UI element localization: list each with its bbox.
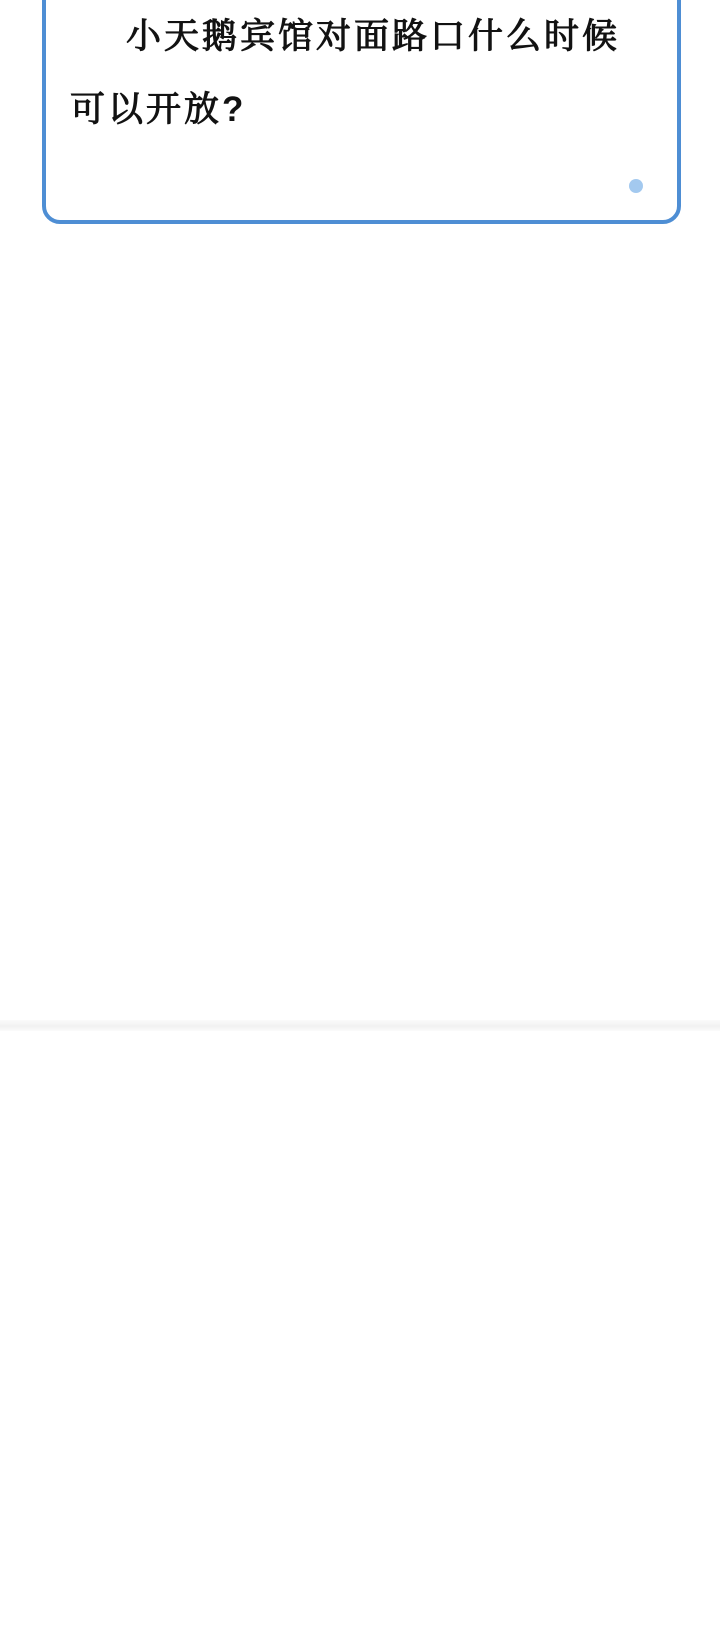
screenshot-stitch-seam xyxy=(0,1020,720,1031)
title-line: 小天鹅宾馆对面路口什么时候 xyxy=(70,0,653,73)
carousel-pagination-dot[interactable] xyxy=(629,179,643,193)
question-quote-box: 小天鹅宾馆对面路口什么时候可以开放? xyxy=(42,0,681,224)
question-title: 小天鹅宾馆对面路口什么时候可以开放? xyxy=(70,0,653,146)
title-line: 可以开放? xyxy=(70,73,653,146)
article-page: 小天鹅宾馆对面路口什么时候可以开放? xyxy=(0,0,720,1626)
